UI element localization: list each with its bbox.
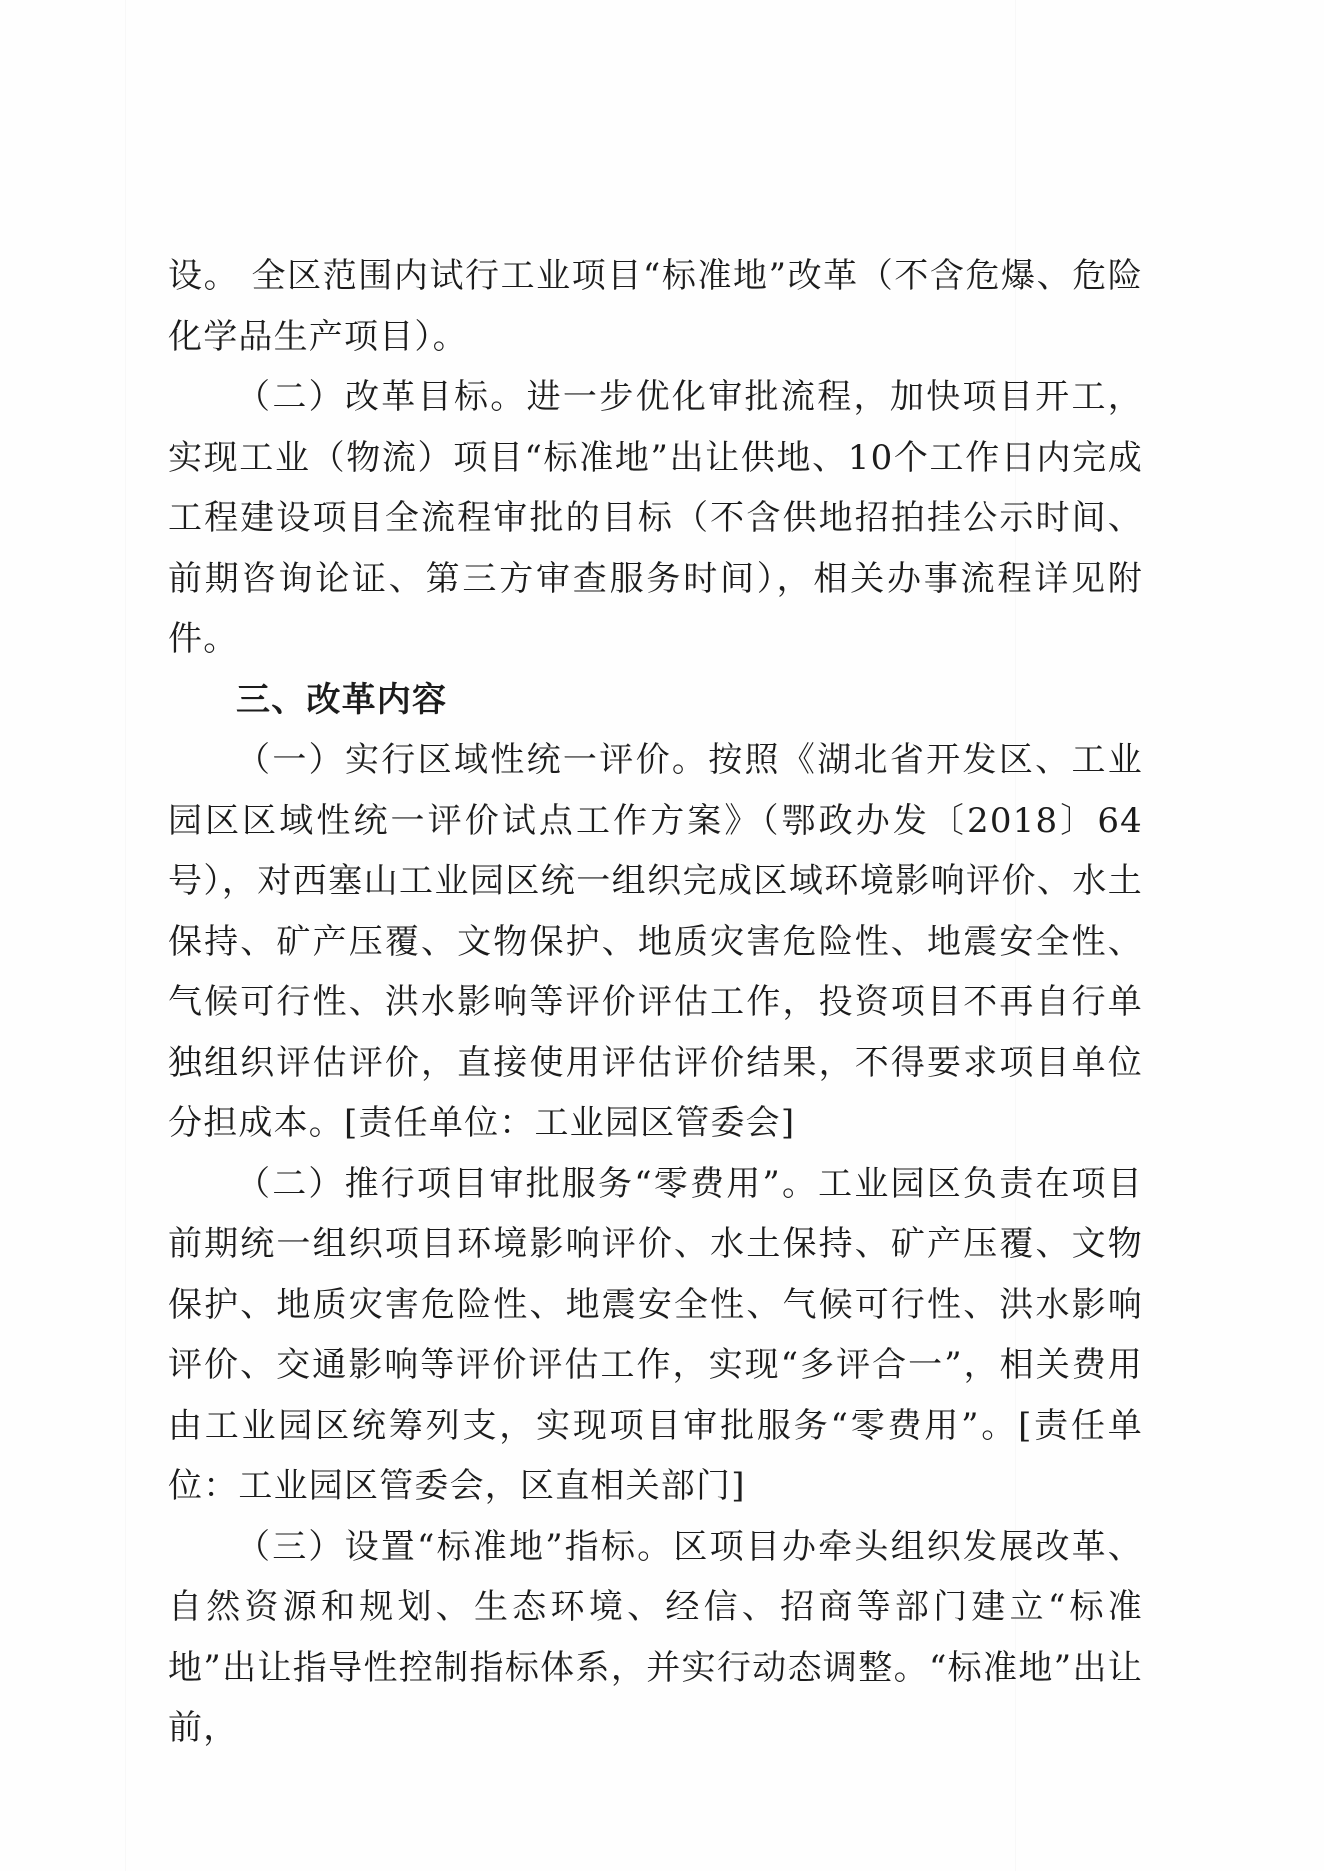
paragraph-regional-evaluation: （一）实行区域性统一评价。按照《湖北省开发区、工业园区区域性统一评价试点工作方案… bbox=[168, 730, 1143, 1154]
paragraph-continuation: 设。 全区范围内试行工业项目“标准地”改革（不含危爆、危险化学品生产项目）。 bbox=[168, 246, 1143, 367]
paragraph-reform-goals: （二）改革目标。进一步优化审批流程，加快项目开工，实现工业（物流）项目“标准地”… bbox=[168, 367, 1143, 670]
paragraph-standard-land-indicators: （三）设置“标准地”指标。区项目办牵头组织发展改革、自然资源和规划、生态环境、经… bbox=[168, 1517, 1143, 1759]
scan-fold-line bbox=[125, 0, 126, 1871]
document-page: 设。 全区范围内试行工业项目“标准地”改革（不含危爆、危险化学品生产项目）。 （… bbox=[0, 0, 1324, 1871]
document-body: 设。 全区范围内试行工业项目“标准地”改革（不含危爆、危险化学品生产项目）。 （… bbox=[168, 246, 1143, 1759]
section-heading-reform-content: 三、改革内容 bbox=[168, 670, 1143, 731]
paragraph-zero-fee: （二）推行项目审批服务“零费用”。工业园区负责在项目前期统一组织项目环境影响评价… bbox=[168, 1154, 1143, 1517]
